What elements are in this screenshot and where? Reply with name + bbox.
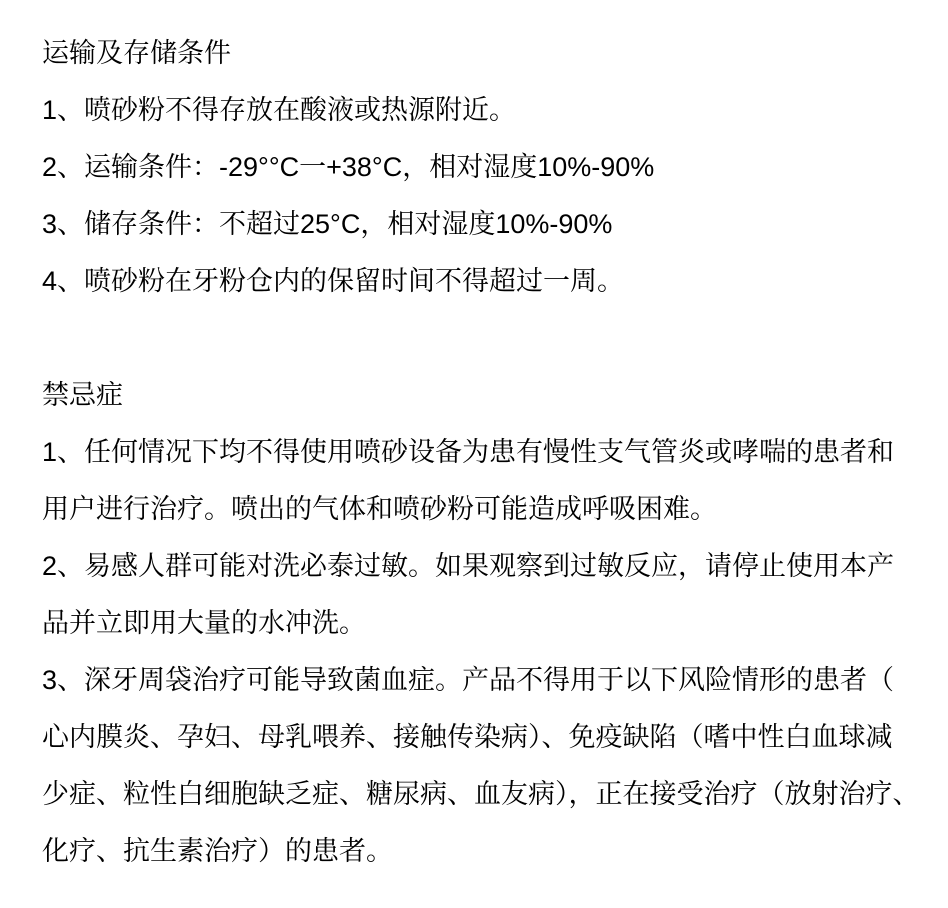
section-heading-contraindications: 禁忌症	[42, 367, 918, 424]
text-line: 3、深牙周袋治疗可能导致菌血症。产品不得用于以下风险情形的患者（	[42, 652, 918, 709]
text-line: 2、运输条件：-29°°C一+38°C，相对湿度10%-90%	[42, 139, 918, 196]
text-line: 用户进行治疗。喷出的气体和喷砂粉可能造成呼吸困难。	[42, 481, 918, 538]
text-line: 4、喷砂粉在牙粉仓内的保留时间不得超过一周。	[42, 253, 918, 310]
document-page: 运输及存储条件 1、喷砂粉不得存放在酸液或热源附近。 2、运输条件：-29°°C…	[0, 0, 948, 908]
text-line: 品并立即用大量的水冲洗。	[42, 595, 918, 652]
text-line: 3、储存条件：不超过25°C，相对湿度10%-90%	[42, 196, 918, 253]
section-contraindications: 禁忌症 1、任何情况下均不得使用喷砂设备为患有慢性支气管炎或哮喘的患者和 用户进…	[42, 367, 918, 880]
text-line: 心内膜炎、孕妇、母乳喂养、接触传染病）、免疫缺陷（嗜中性白血球减	[42, 709, 918, 766]
text-line: 少症、粒性白细胞缺乏症、糖尿病、血友病），正在接受治疗（放射治疗、	[42, 766, 918, 823]
text-line: 2、易感人群可能对洗必泰过敏。如果观察到过敏反应，请停止使用本产	[42, 538, 918, 595]
text-line: 1、喷砂粉不得存放在酸液或热源附近。	[42, 82, 918, 139]
section-heading-transport-storage: 运输及存储条件	[42, 25, 918, 82]
text-line: 化疗、抗生素治疗）的患者。	[42, 823, 918, 880]
section-transport-storage: 运输及存储条件 1、喷砂粉不得存放在酸液或热源附近。 2、运输条件：-29°°C…	[42, 25, 918, 310]
text-line: 1、任何情况下均不得使用喷砂设备为患有慢性支气管炎或哮喘的患者和	[42, 424, 918, 481]
